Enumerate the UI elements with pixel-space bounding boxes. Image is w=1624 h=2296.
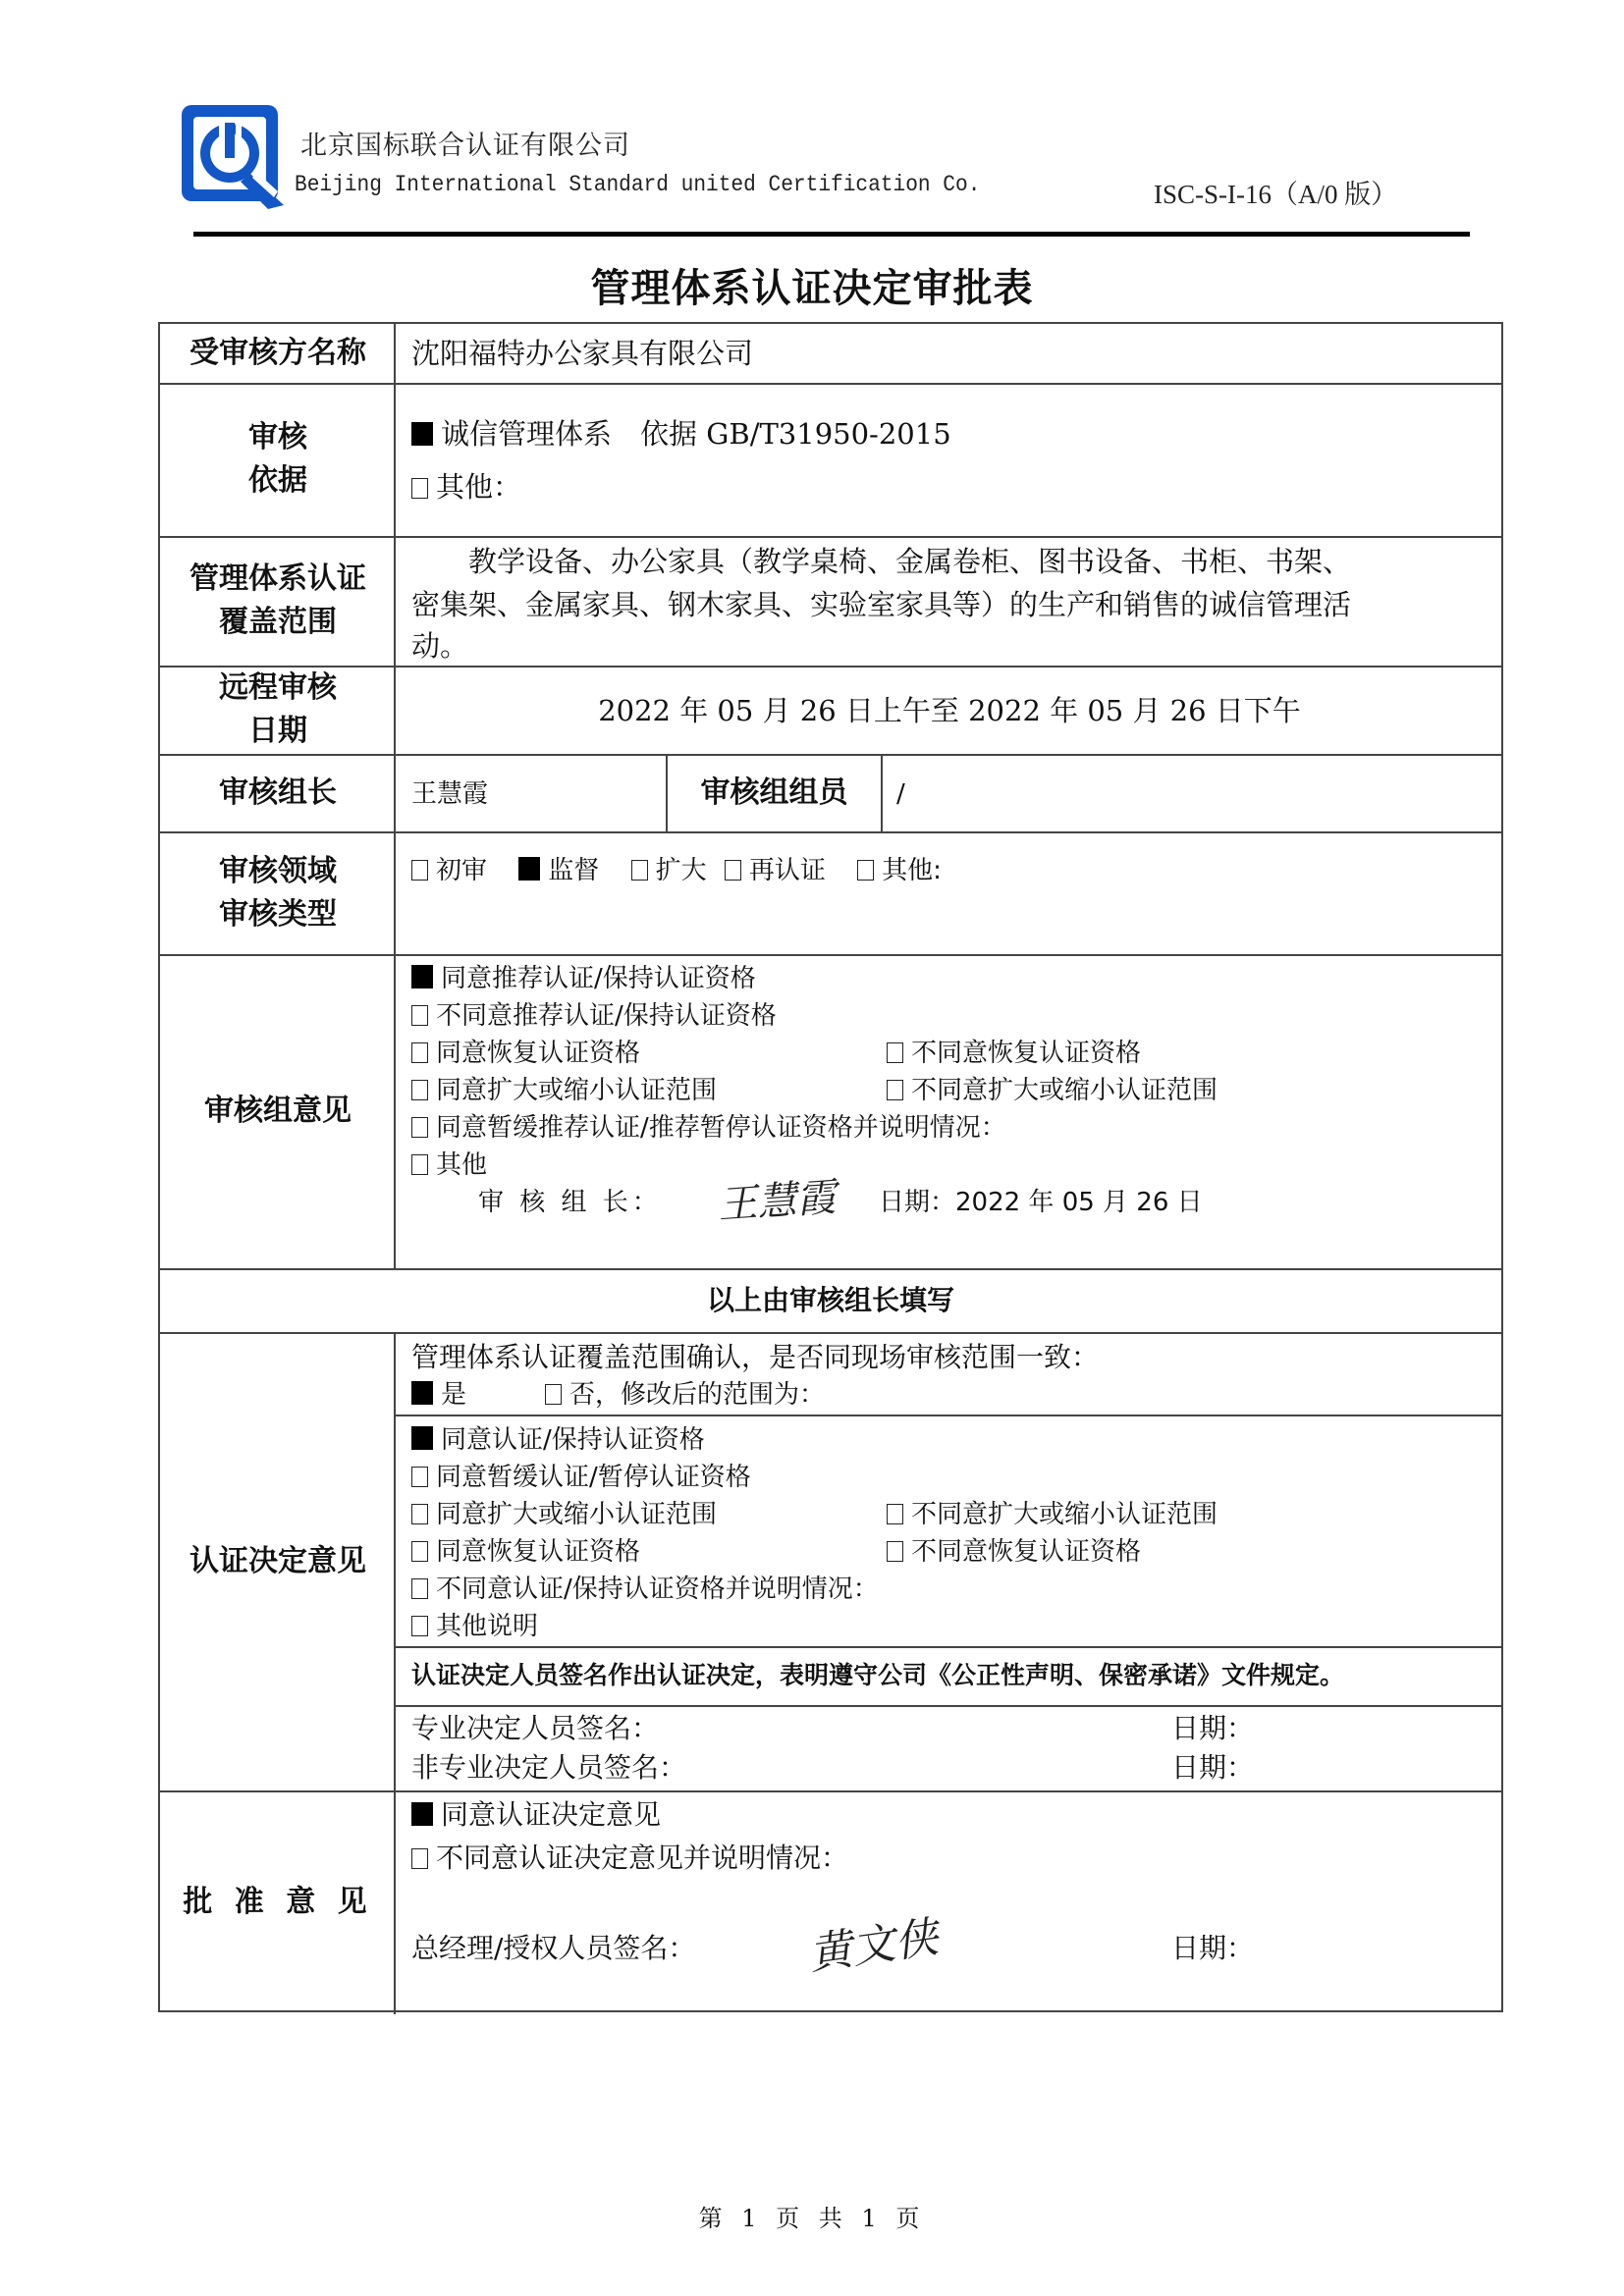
column-divider [881, 754, 883, 831]
checkbox-checked[interactable] [411, 1381, 433, 1405]
row-divider [396, 1415, 1501, 1416]
checkbox-unchecked[interactable] [411, 1578, 428, 1599]
row-divider [396, 1705, 1501, 1707]
decision-option[interactable]: 同意恢复认证资格 [411, 1533, 640, 1571]
scope-line: 动。 [411, 624, 468, 667]
leader-fill-banner: 以上由审核组长填写 [160, 1268, 1501, 1332]
checkbox-unchecked[interactable] [411, 1616, 428, 1636]
audit-type-surveillance[interactable]: 监督 [518, 856, 599, 885]
checkbox-unchecked[interactable] [411, 1080, 428, 1100]
decision-option[interactable]: 其他说明 [411, 1608, 538, 1645]
company-logo-icon [180, 103, 286, 209]
scope-confirm-question: 管理体系认证覆盖范围确认，是否同现场审核范围一致： [411, 1339, 1099, 1376]
decision-option[interactable]: 同意暂缓认证/暂停认证资格 [411, 1459, 751, 1496]
team-opinion-option[interactable]: 同意推荐认证/保持认证资格 [411, 960, 756, 997]
row-divider [396, 1646, 1501, 1648]
checkbox-checked[interactable] [411, 422, 433, 446]
audit-type-other[interactable]: 其他: [857, 856, 942, 885]
nonpro-signer-date-label: 日期： [1171, 1749, 1254, 1787]
scope-line: 密集架、金属家具、钢木家具、实验室家具等）的生产和销售的诚信管理活 [411, 583, 1351, 626]
approval-label: 批 准 意 见 [160, 1790, 396, 2014]
team-member-label: 审核组组员 [668, 754, 881, 831]
checkbox-unchecked[interactable] [411, 1154, 428, 1175]
nonpro-signer-label: 非专业决定人员签名： [411, 1749, 686, 1787]
checkbox-unchecked[interactable] [725, 860, 741, 881]
checkbox-unchecked[interactable] [631, 860, 648, 881]
audit-type-initial[interactable]: 初审 [411, 856, 487, 885]
checkbox-unchecked[interactable] [411, 1042, 428, 1063]
checkbox-unchecked[interactable] [857, 860, 874, 881]
basis-label: 审核 依据 [160, 383, 396, 536]
checkbox-unchecked[interactable] [411, 860, 428, 881]
remote-date-value: 2022 年 05 月 26 日上午至 2022 年 05 月 26 日下午 [396, 689, 1503, 732]
decision-option[interactable]: 同意扩大或缩小认证范围 [411, 1496, 717, 1533]
team-leader-signature: 王慧霞 [716, 1166, 838, 1230]
pro-signer-label: 专业决定人员签名： [411, 1710, 659, 1747]
team-opinion-option[interactable]: 不同意推荐认证/保持认证资格 [411, 997, 777, 1035]
team-opinion-option[interactable]: 不同意扩大或缩小认证范围 [887, 1072, 1218, 1109]
scope-line: 教学设备、办公家具（教学桌椅、金属卷柜、图书设备、书柜、书架、 [411, 540, 1351, 583]
checkbox-unchecked[interactable] [887, 1504, 903, 1524]
team-opinion-option[interactable]: 同意恢复认证资格 [411, 1035, 640, 1072]
team-leader-value: 王慧霞 [411, 775, 488, 813]
checkbox-unchecked[interactable] [411, 478, 428, 499]
checkbox-checked[interactable] [411, 1426, 433, 1450]
decision-statement: 认证决定人员签名作出认证决定，表明遵守公司《公正性声明、保密承诺》文件规定。 [411, 1657, 1344, 1694]
checkbox-unchecked[interactable] [545, 1384, 562, 1405]
document-number: ISC-S-I-16（A/0 版） [1154, 173, 1397, 211]
basis-option-1[interactable]: 诚信管理体系 依据 GB/T31950-2015 [411, 412, 951, 455]
checkbox-unchecked[interactable] [411, 1541, 428, 1562]
team-opinion-option[interactable]: 同意暂缓推荐认证/推荐暂停认证资格并说明情况： [411, 1109, 1006, 1147]
decision-option[interactable]: 不同意扩大或缩小认证范围 [887, 1496, 1218, 1533]
scope-label: 管理体系认证 覆盖范围 [160, 536, 396, 666]
team-opinion-option[interactable]: 其他 [411, 1147, 487, 1184]
scope-confirm-yes[interactable]: 是 [411, 1376, 466, 1414]
audit-type-extension[interactable]: 扩大 [631, 856, 707, 885]
gm-date-label: 日期： [1171, 1930, 1254, 1967]
gm-signer-label: 总经理/授权人员签名： [411, 1930, 695, 1967]
checkbox-checked[interactable] [411, 965, 433, 988]
approval-form-table: 受审核方名称 沈阳福特办公家具有限公司 审核 依据 诚信管理体系 依据 GB/T… [158, 322, 1503, 2012]
team-leader-label: 审核组长 [160, 754, 396, 831]
audit-type-options: 初审 监督 扩大 再认证 其他: [411, 852, 942, 889]
checkbox-unchecked[interactable] [411, 1117, 428, 1138]
checkbox-unchecked[interactable] [411, 1467, 428, 1487]
checkbox-unchecked[interactable] [887, 1080, 903, 1100]
team-member-value: / [896, 775, 905, 813]
checkbox-unchecked[interactable] [887, 1541, 903, 1562]
team-opinion-option[interactable]: 同意扩大或缩小认证范围 [411, 1072, 717, 1109]
basis-option-2[interactable]: 其他： [411, 465, 521, 508]
decision-option[interactable]: 不同意认证/保持认证资格并说明情况： [411, 1571, 879, 1608]
checkbox-unchecked[interactable] [411, 1005, 428, 1026]
checkbox-unchecked[interactable] [887, 1042, 903, 1063]
decision-option[interactable]: 同意认证/保持认证资格 [411, 1421, 705, 1459]
gm-signature: 黄文侠 [804, 1901, 942, 1982]
team-leader-signer-label: 审 核 组 长： [478, 1184, 662, 1221]
decision-option[interactable]: 不同意恢复认证资格 [887, 1533, 1141, 1571]
team-opinion-date: 日期：2022 年 05 月 26 日 [879, 1184, 1203, 1221]
header-divider [193, 232, 1470, 237]
auditee-label: 受审核方名称 [160, 324, 396, 383]
approval-option[interactable]: 同意认证决定意见 [411, 1796, 661, 1834]
company-name-cn: 北京国标联合认证有限公司 [300, 124, 630, 162]
team-opinion-label: 审核组意见 [160, 954, 396, 1268]
checkbox-unchecked[interactable] [411, 1848, 428, 1869]
page-number: 第 1 页 共 1 页 [0, 2199, 1624, 2233]
decision-label: 认证决定意见 [160, 1332, 396, 1790]
audit-type-recertification[interactable]: 再认证 [725, 856, 826, 885]
pro-signer-date-label: 日期： [1171, 1710, 1254, 1747]
checkbox-checked[interactable] [411, 1802, 433, 1826]
checkbox-checked[interactable] [518, 857, 540, 881]
page-title: 管理体系认证决定审批表 [0, 257, 1624, 313]
team-opinion-option[interactable]: 不同意恢复认证资格 [887, 1035, 1141, 1072]
checkbox-unchecked[interactable] [411, 1504, 428, 1524]
scope-confirm-no[interactable]: 否，修改后的范围为： [545, 1376, 825, 1414]
company-name-en: Beijing International Standard united Ce… [295, 172, 980, 197]
auditee-value: 沈阳福特办公家具有限公司 [411, 332, 753, 375]
approval-option[interactable]: 不同意认证决定意见并说明情况： [411, 1840, 848, 1877]
audit-type-label: 审核领域 审核类型 [160, 831, 396, 954]
remote-date-label: 远程审核 日期 [160, 666, 396, 754]
